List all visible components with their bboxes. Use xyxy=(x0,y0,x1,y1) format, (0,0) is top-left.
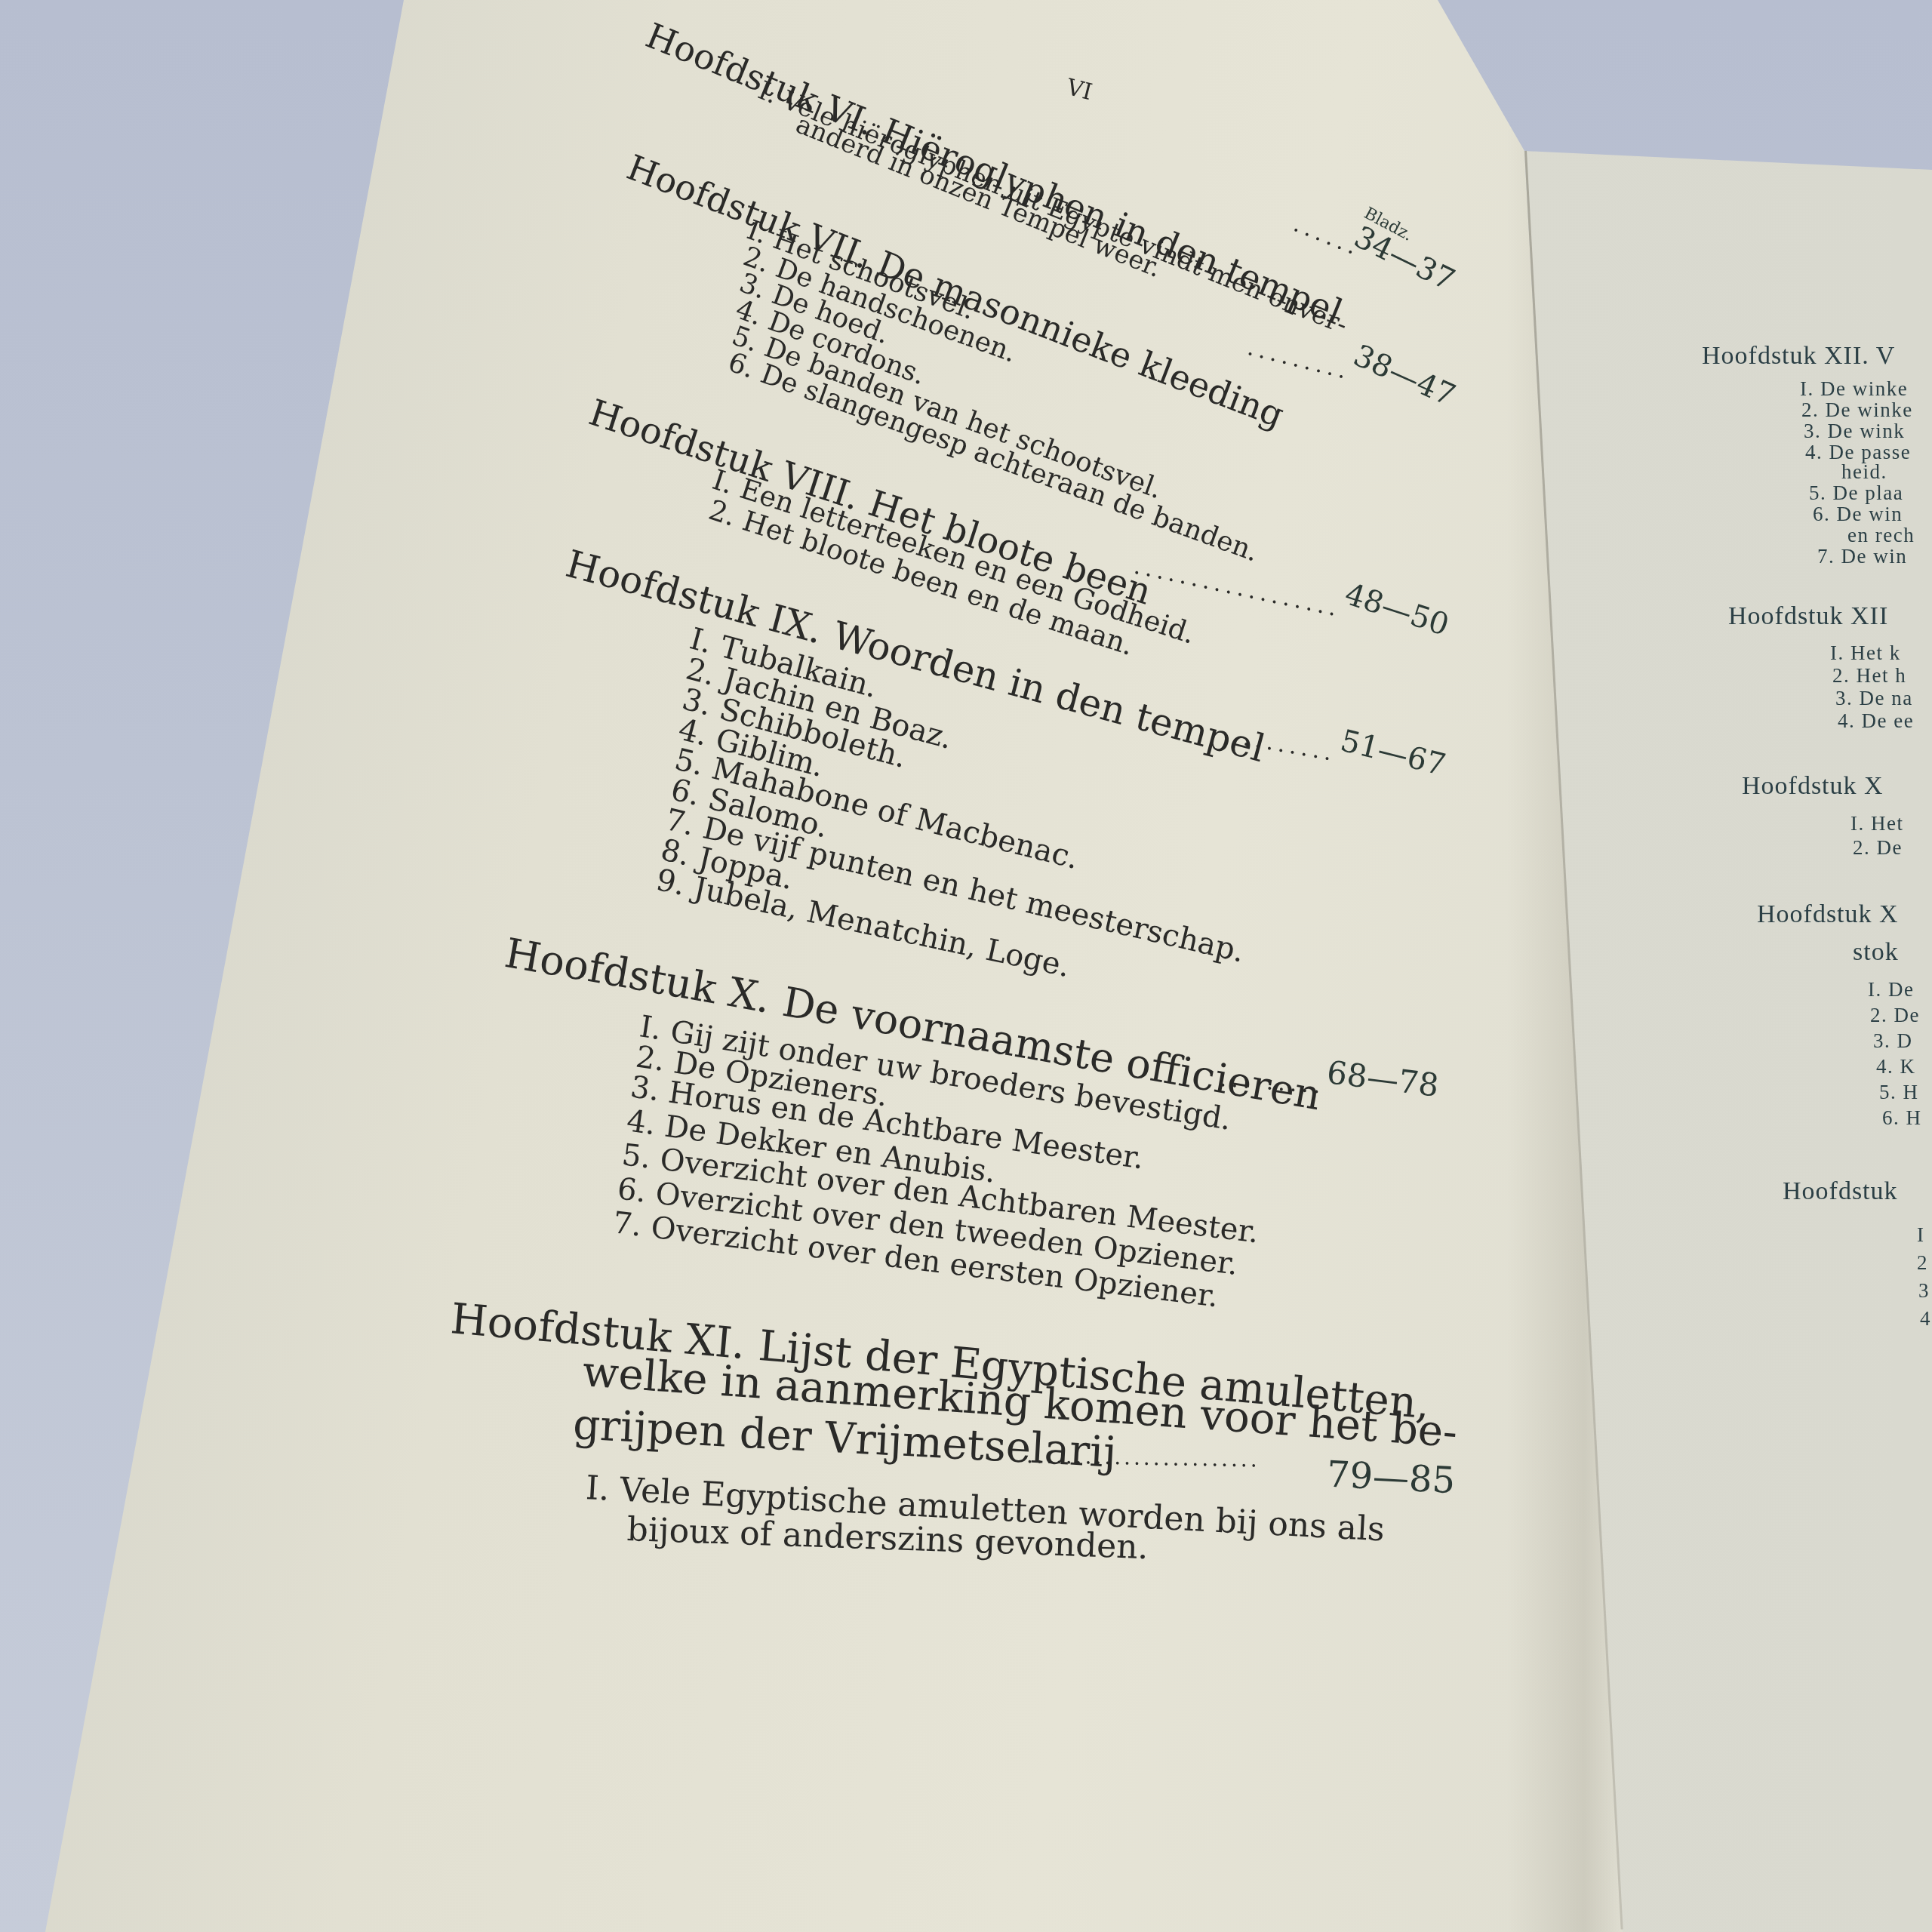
toc-item: I xyxy=(1917,1225,1925,1245)
chapter-title: Hoofdstuk X xyxy=(1742,774,1884,799)
chapter-title: Hoofdstuk XII. V xyxy=(1702,343,1895,369)
toc-item: heid. xyxy=(1841,462,1887,482)
toc-item: en rech xyxy=(1847,525,1915,546)
toc-item: 2. Het h xyxy=(1832,666,1906,686)
toc-item: 3 xyxy=(1918,1281,1930,1301)
toc-item: 3. De na xyxy=(1835,688,1913,709)
toc-item: 4 xyxy=(1920,1309,1931,1329)
toc-item: 2 xyxy=(1917,1253,1928,1273)
toc-item: 4. K xyxy=(1876,1057,1916,1077)
toc-item: I. Het xyxy=(1850,814,1903,834)
toc-item: 4. De ee xyxy=(1838,711,1914,731)
toc-item: 5. De plaa xyxy=(1809,483,1903,503)
toc-item: 7. De win xyxy=(1817,546,1907,567)
toc-item: 2. De xyxy=(1870,1005,1920,1026)
chapter-title: Hoofdstuk XII xyxy=(1728,604,1888,629)
toc-item: 2. De winke xyxy=(1801,400,1913,420)
right-page-toc: Hoofdstuk XII. V I. De winke 2. De winke… xyxy=(0,0,1932,1932)
chapter-title: Hoofdstuk X xyxy=(1757,902,1899,928)
toc-item: I. De winke xyxy=(1800,379,1908,399)
toc-item: 5. H xyxy=(1879,1082,1919,1103)
toc-item: I. De xyxy=(1868,980,1914,1000)
toc-item: 6. H xyxy=(1882,1108,1922,1128)
toc-item: 3. D xyxy=(1873,1031,1913,1051)
photo-scene: VI Bladz. Hoofdstuk VI. Hiëroglyphen in … xyxy=(0,0,1932,1932)
toc-item: I. Het k xyxy=(1830,643,1901,663)
toc-item: 2. De xyxy=(1853,838,1903,858)
toc-item: 4. De passe xyxy=(1805,442,1911,463)
toc-item: 3. De wink xyxy=(1804,421,1905,441)
toc-item: 6. De win xyxy=(1813,504,1903,525)
chapter-title: Hoofdstuk xyxy=(1783,1179,1898,1204)
chapter-subtitle: stok xyxy=(1853,940,1899,965)
